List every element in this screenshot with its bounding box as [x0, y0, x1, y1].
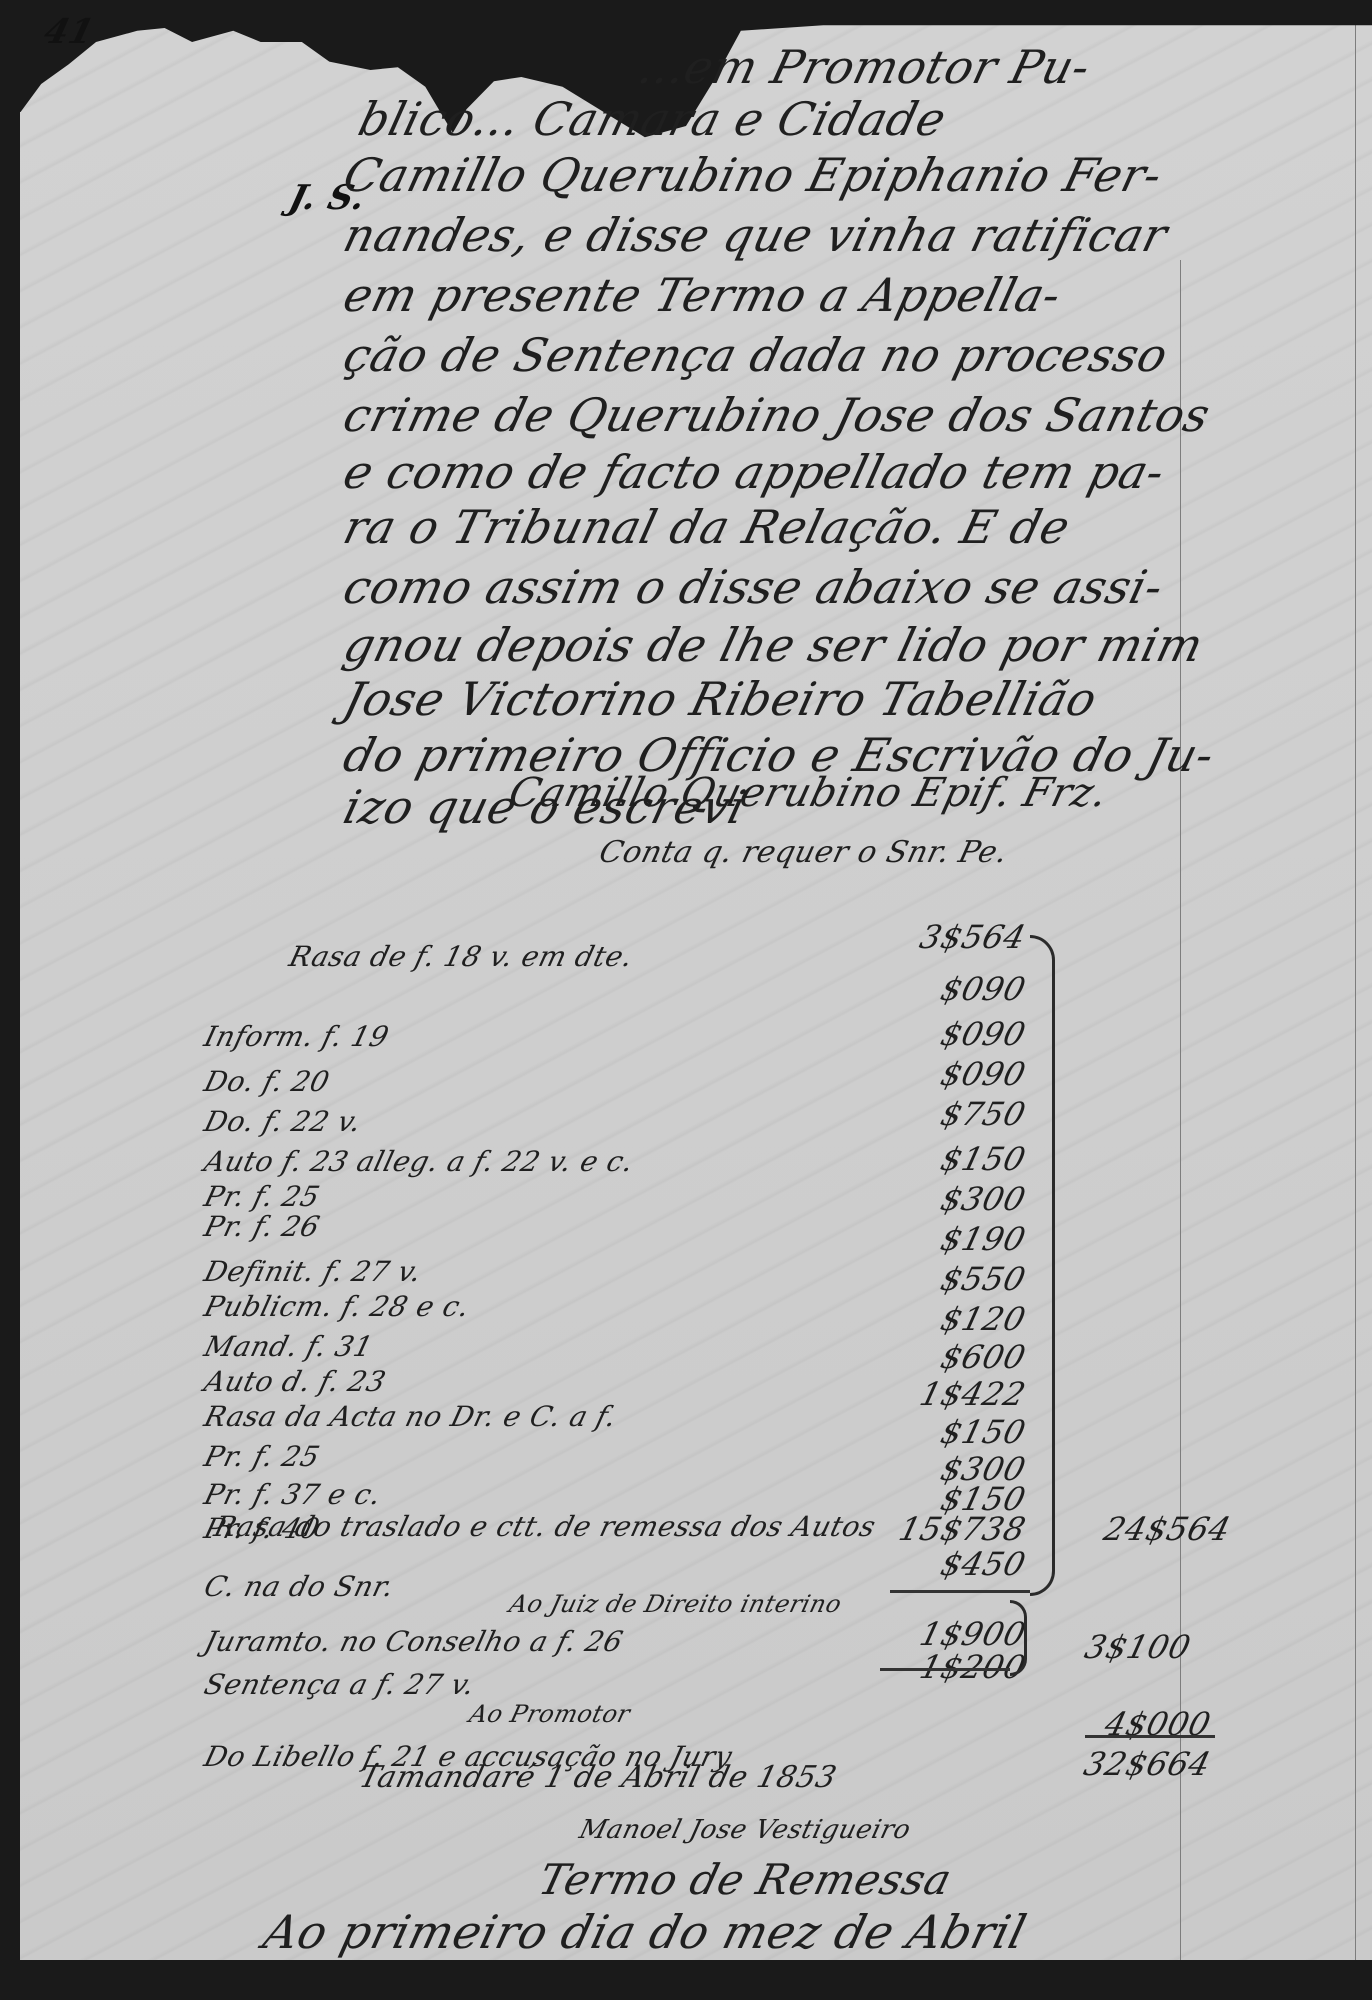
appellant-signature: Camillo Querubino Epif. Frz.: [504, 770, 1112, 816]
page-number-mark: 41: [40, 12, 98, 52]
ledger-label: Pr. f. 37 e c.: [201, 1478, 385, 1511]
ledger-underline: [890, 1590, 1030, 1593]
body-line: crime de Querubino Jose dos Santos: [338, 388, 1215, 442]
body-line: e como de facto appellado tem pa-: [338, 445, 1170, 499]
body-line: Camillo Querubino Epiphanio Fer-: [338, 148, 1167, 202]
group-underline: [880, 1668, 1010, 1671]
total-rule: [1085, 1735, 1215, 1738]
ledger-label: C. na do Snr.: [201, 1570, 398, 1603]
ledger-label: Mand. f. 31: [201, 1330, 377, 1363]
margin-rule-right: [1355, 20, 1356, 1960]
ledger-label: Definit. f. 27 v.: [201, 1255, 425, 1288]
ledger-label: Publicm. f. 28 e c.: [201, 1290, 473, 1323]
body-line: ra o Tribunal da Relação. E de: [338, 500, 1075, 554]
ledger-brace-2: [1010, 1600, 1027, 1676]
ledger-label: Do. f. 20: [201, 1065, 333, 1098]
final-line: Ao primeiro dia do mez de Abril: [258, 1905, 1032, 1959]
ledger-amount: $300: [850, 1180, 1029, 1218]
ledger-amount: $090: [850, 970, 1029, 1008]
ledger-brace-1: [1030, 935, 1055, 1596]
body-line: Jose Victorino Ribeiro Tabellião: [338, 672, 1102, 726]
body-line: como assim o disse abaixo se assi-: [338, 560, 1169, 614]
body-line: gnou depois de lhe ser lido por mim: [338, 618, 1209, 672]
body-line: ção de Sentença dada no processo: [338, 328, 1173, 382]
ledger-label: Do. f. 22 v.: [201, 1105, 365, 1138]
ledger-amount: 15$738: [850, 1510, 1029, 1548]
ledger-label: Rasa de f. 18 v. em dte.: [286, 940, 637, 973]
ledger-amount: $750: [850, 1095, 1029, 1133]
ledger-amount: 3$564: [850, 918, 1029, 956]
ledger-amount: $150: [850, 1413, 1029, 1451]
subtotal-1: 24$564: [1065, 1510, 1234, 1548]
clerk-signature: Manoel Jose Vestigueiro: [576, 1815, 914, 1845]
ledger-label: Pr. f. 26: [201, 1210, 323, 1243]
body-line: em presente Termo a Appella-: [338, 268, 1066, 322]
judge-note: Ao Juiz de Direito interino: [507, 1590, 845, 1618]
ledger-label: Rasa da Acta no Dr. e C. a f.: [201, 1400, 620, 1433]
ledger-label: Pr. f. 25: [201, 1440, 323, 1473]
promotor-note: Ao Promotor: [467, 1700, 634, 1728]
ledger-amount: $090: [850, 1015, 1029, 1053]
ledger-label: Pr. f. 25: [201, 1180, 323, 1213]
ledger-amount: $090: [850, 1055, 1029, 1093]
ledger-amount: 1$422: [850, 1375, 1029, 1413]
ledger-label: Juramto. no Conselho a f. 26: [201, 1625, 627, 1658]
ledger-label: Sentença a f. 27 v.: [201, 1668, 478, 1701]
ledger-amount: $120: [850, 1300, 1029, 1338]
body-line: ...em Promotor Pu-: [633, 40, 1096, 94]
ledger-label: Inform. f. 19: [201, 1020, 393, 1053]
ledger-label: Rasa do traslado e ctt. de remessa dos A…: [211, 1510, 879, 1543]
ledger-label: Auto d. f. 23: [201, 1365, 390, 1398]
section-title: Termo de Remessa: [534, 1855, 957, 1904]
ledger-amount: $600: [850, 1338, 1029, 1376]
ledger-amount: $550: [850, 1260, 1029, 1298]
ledger-amount: $190: [850, 1220, 1029, 1258]
ledger-amount: $450: [850, 1545, 1029, 1583]
subtotal-2: 3$100: [1055, 1628, 1194, 1666]
body-line: blico... Camara e Cidade: [353, 92, 951, 146]
body-line: nandes, e disse que vinha ratificar: [338, 208, 1173, 262]
ledger-amount: $150: [850, 1140, 1029, 1178]
ledger-label: Auto f. 23 alleg. a f. 22 v. e c.: [201, 1145, 637, 1178]
grand-total: 32$664: [1075, 1745, 1214, 1783]
account-heading: Conta q. requer o Snr. Pe.: [596, 835, 1012, 870]
place-date: Tamandaré 1 de Abril de 1853: [356, 1760, 841, 1795]
ledger-amount: 1$200: [850, 1648, 1029, 1686]
